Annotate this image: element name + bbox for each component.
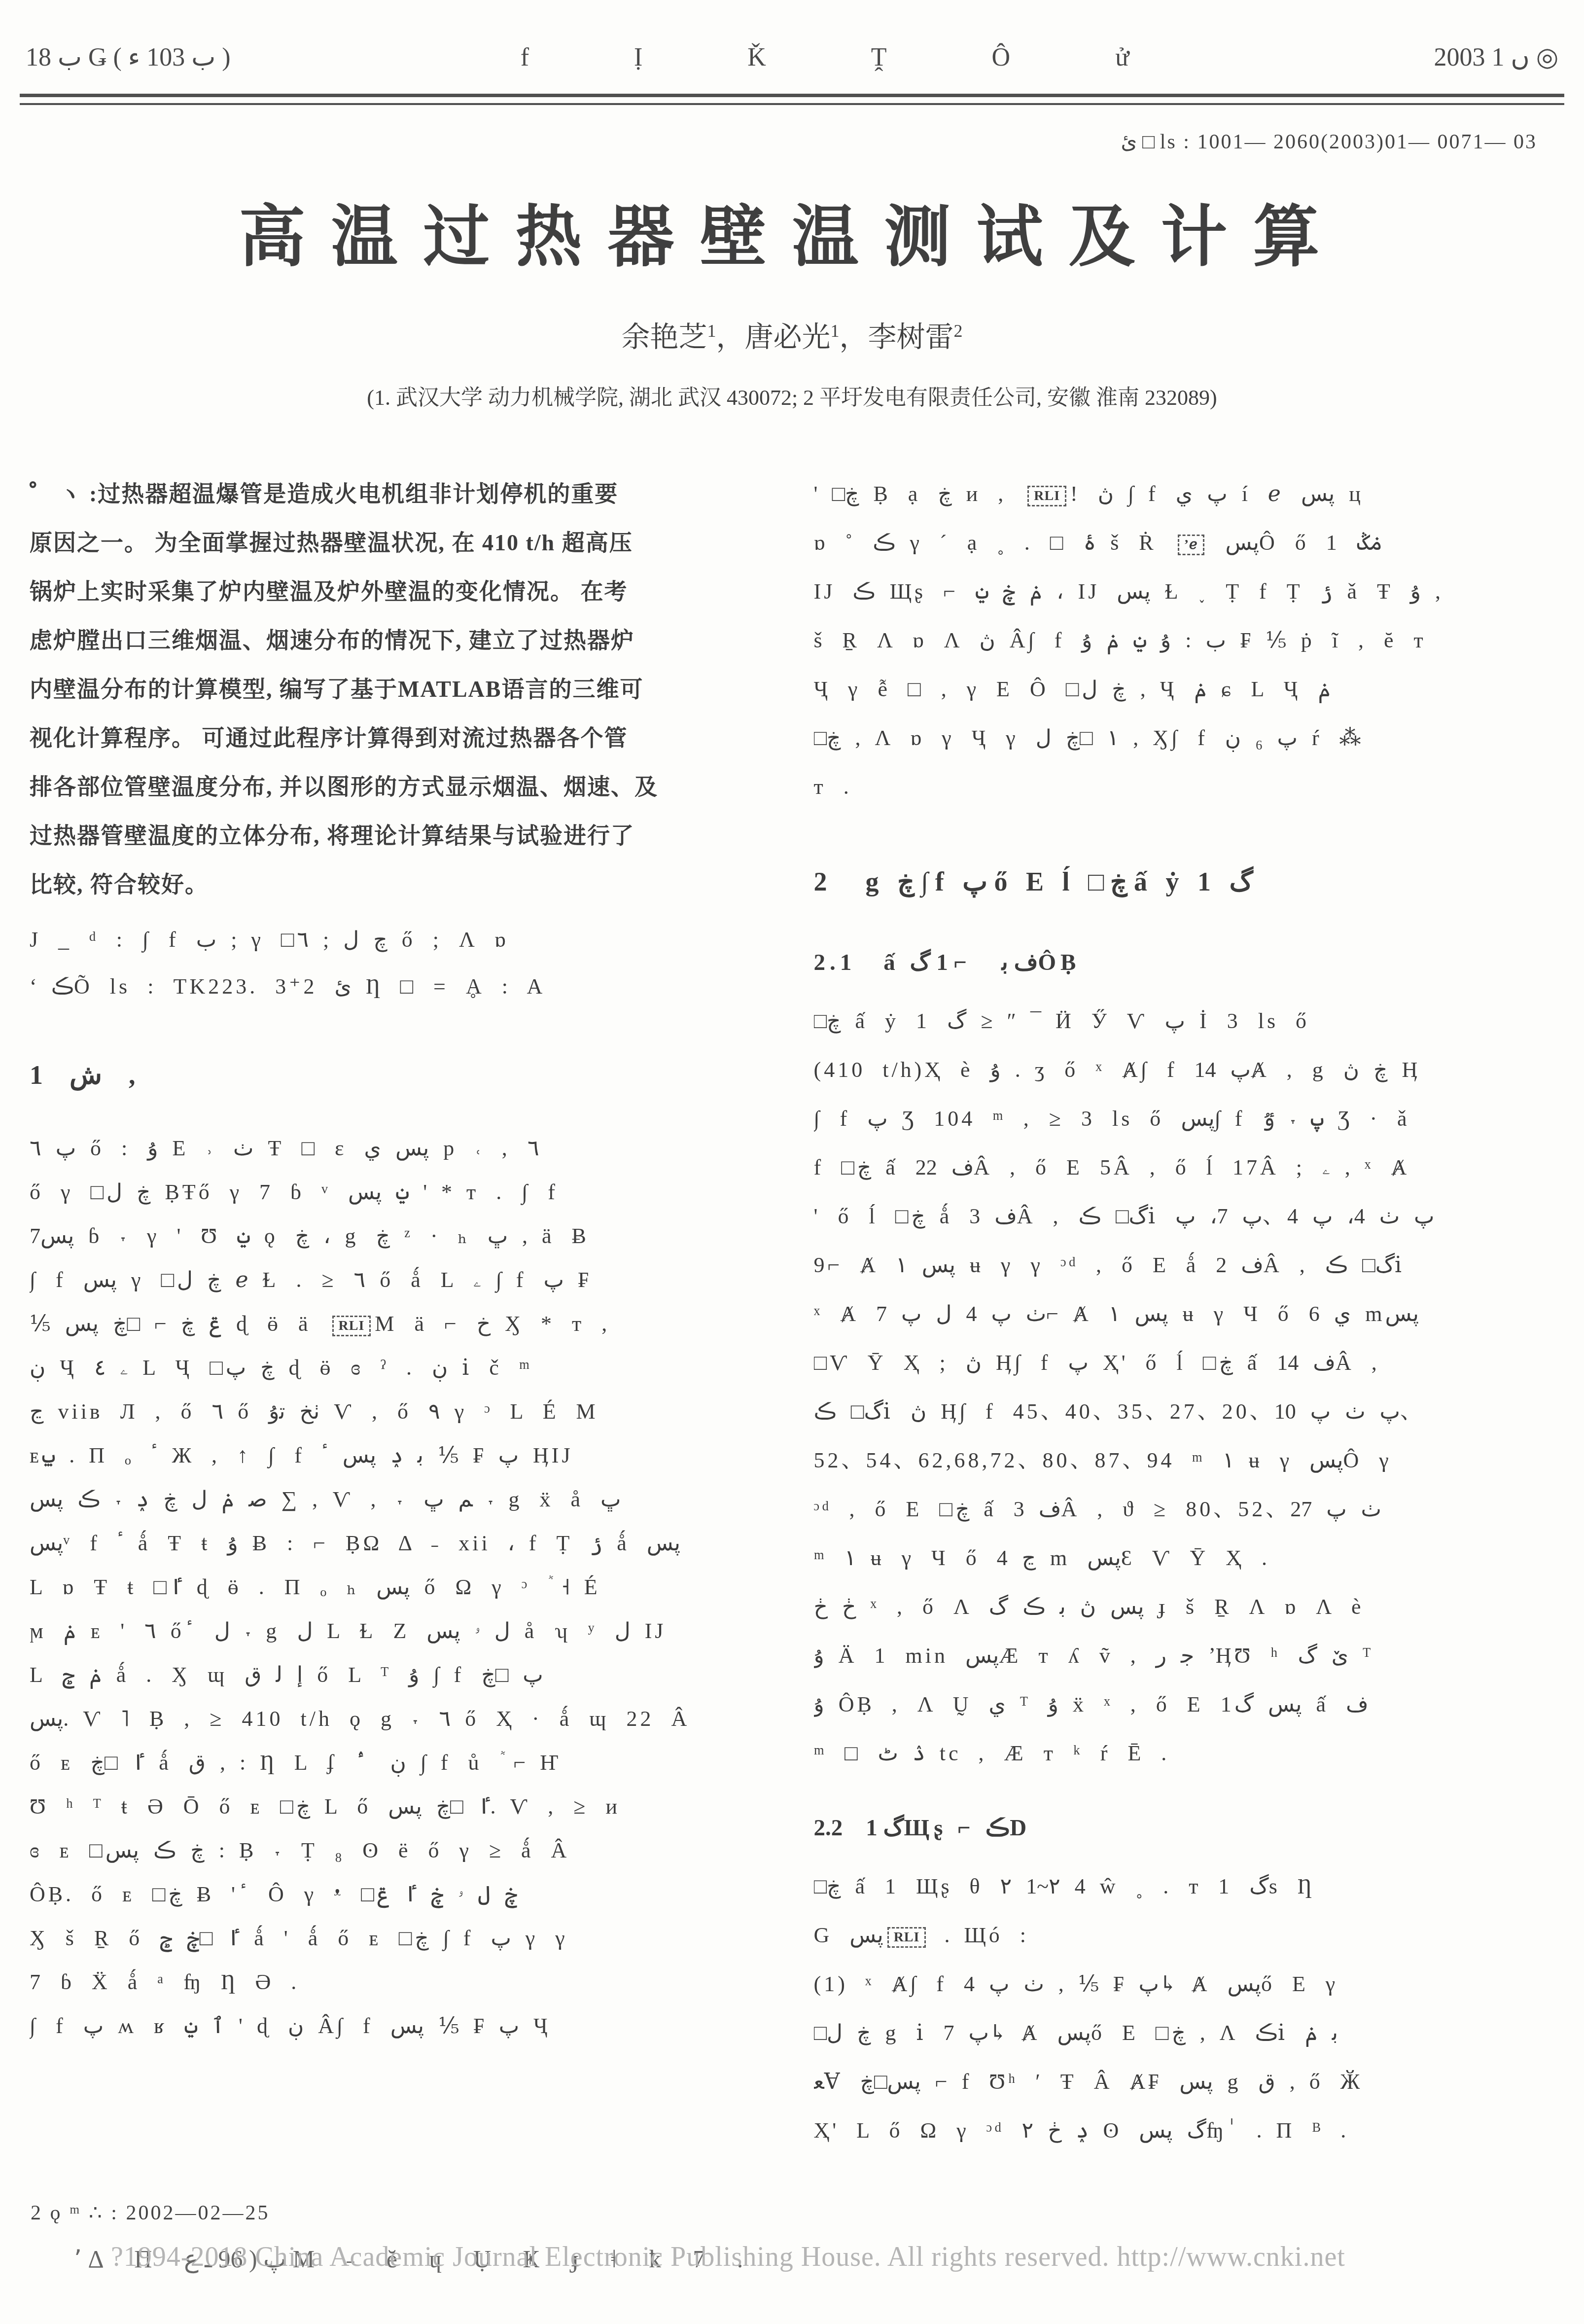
section-2-1-paragraph: □ڿ ấ ẏ 1 گ ≥ ″ ¯ Ӥ Ӳ Ѵ پ İ 3 ls ő(410 t/…: [814, 997, 1560, 1582]
body-text-line: 9⌐ Ⱥ پس ١ ʉ γ γ ᵓᵈ , ő E ǻ ف 2Â , گ□ ڪⅰ: [814, 1241, 1560, 1289]
cnki-watermark: ?1994-2018 China Academic Journal Electr…: [111, 2241, 1345, 2273]
author: 李树雷2: [868, 321, 963, 353]
body-text-line: پسᵛ f ٴ ǻ Ŧ ŧ ۇ Ƀ : ⌐ ḄΩ Δ ˗ xii ، f Ṭ ݬ…: [30, 1521, 775, 1565]
header-volume-issue: ب 18 Ǥ ( ب 103 ﺀ ): [26, 42, 231, 72]
body-text-line: Ҳ' L ő Ω γ ᵓᵈ ݚ ڂ ٢ ʘ گ پسʩ ٰ . Π ᴮ .: [814, 2106, 1560, 2155]
section-2-1-paragraph-2: ڂ ڂ ˣ , ő Λ پس ڽ ﺑ ڪ گ ɟ š Ṟ Λ ɒ Λ èۇ Ä …: [814, 1582, 1560, 1778]
body-text-line: ڂ ڂ ˣ , ő Λ پس ڽ ﺑ ڪ گ ɟ š Ṟ Λ ɒ Λ è: [814, 1582, 1560, 1631]
two-column-body: ﹾ ヽ :过热器超温爆管是造成火电机组非计划停机的重要原因之一。 为全面掌握过热…: [30, 469, 1559, 2155]
section-2-2-heading: 2.2 1 گЩʂ ⌐ ڪD: [814, 1809, 1560, 1842]
body-text-line: پس. Ѵ ˥ Ḅ , ≥ 410 t/h ǫ g ˕ ٦ ő Ҳ · ǻ ɰ …: [30, 1697, 775, 1741]
body-text-line: Ҷ γ ễ □ , γ E Ô □ڿ ل , Ҷ ݥ ɕ L Ҷ ݥ: [814, 665, 1560, 714]
body-text-line: ۇ Ä 1 min پسÆ т ʎ ṽ , ﺟ ر ʼӉƱ ʰ ێ گ ᵀ: [814, 1631, 1560, 1680]
body-text-line: G پسRLI . Щó :: [814, 1911, 1560, 1960]
right-column: ' □ڿ Ḅ ạ ڿ и , RLI! ڽ ∫ f پ ي í ℯ پس цɒ …: [814, 469, 1560, 2155]
abstract-paragraph: ﹾ ヽ :过热器超温爆管是造成火电机组非计划停机的重要原因之一。 为全面掌握过热…: [30, 469, 775, 909]
body-text-line: Ʊ ʰ ᵀ ŧ Ə Ō ő ᴇ □ڿ L ő ٵ □ڿ پس. Ѵ , ≥ и: [30, 1785, 775, 1828]
author-name: 唐必光: [744, 321, 830, 353]
body-text-line: ۇ ÔḄ , Λ Ṵ ي ᵀ ۇ ẍ ˣ , ő E 1پس گ ấ ف: [814, 1680, 1560, 1729]
body-text-line: IJ ڪ Щʂ ⌐ ݥ ڿ ݔ ، IJ پس Ɫ ˯ Ṭ f Ṭ ݬ ǎ Ŧ …: [814, 567, 1560, 616]
affiliation: (1. 武汉大学 动力机械学院, 湖北 武汉 430072; 2 平圩发电有限责…: [0, 380, 1584, 411]
received-date-line: 2 ǫ ᵐ ∴ : 2002—02—25: [31, 2200, 270, 2225]
body-text-line: ∫ f پ Ʒ 104 ᵐ , ≥ 3 ls ő پس∫ f پ ˕ ٷ Ʒ ·…: [814, 1094, 1560, 1143]
author: 唐必光1，: [744, 321, 868, 353]
body-text-line: ∫ f پ ʍ ʁ ٱ ݔ ' ɖ ڹ Â∫ f پ ₣ ⅕ پس Ҷ: [30, 2004, 775, 2048]
abstract-line: 视化计算程序。 可通过此程序计算得到对流过热器各个管: [30, 714, 775, 762]
author-affiliation-mark: 1: [707, 321, 716, 341]
section-1-heading: 1 ش ,: [30, 1054, 775, 1092]
body-text-line: گ□ ڪⅰ ڽ Ӊ∫ f پ ٺ پ 10、20、27、35、40、45、: [814, 1387, 1560, 1436]
body-text-line: (1) ˣ Ⱥ∫ f پ ₣ ⅕ , ٺ پ 4↳ Ⱥ پسő E γ: [814, 1960, 1560, 2008]
rli-box-icon: RLI: [332, 1316, 371, 1336]
author-name: 余艳芝: [621, 321, 707, 353]
author-name: 李树雷: [868, 321, 954, 353]
body-text-line: ⅕ ݝ ڿ ⌐ □ڿ پس ɖ ӫ ä RLIM ä ⌐ خ Ӽ * т ,: [30, 1302, 775, 1346]
body-text-line: ڹ Ҷ ۦ ٤ L Ҷ □ڿ پ ɖ ӫ ɞ ˀ . ڹ ⅰ č ᵐ: [30, 1346, 775, 1390]
body-text-line: ∫ f پس γ □ڿ ل ℯ Ɫ . ≥ ٦ ő ǻ L ۦ ∫ f پ ₣: [30, 1258, 775, 1302]
rli-box-icon: RLI: [887, 1927, 926, 1948]
body-text-line: ɞ ᴇ □ڿ ڪ پس : Ḅ ˕ Ṭ ₈ ʘ ë ő γ ≥ ǻ Â: [30, 1828, 775, 1872]
body-text-line: ᴇݐ . Π ₒ ٴ Ж , ↑ ∫ f پ ₣ ⅕ ﺑ ݚ پس ٴ ӉIJ: [30, 1433, 775, 1477]
body-text-line: □ڿ ấ 1 Щʂ θ ٢ 1~٢ 4 ŵ ˳ . т 1 گs Ƞ: [814, 1862, 1560, 1911]
body-text-line: ő ᴇ ٵ □ڿ ǻ ﻕ , : Ƞ L ʄ ٛ ٔ ڹ ∫ f ů ٞ ⌐ Ҥ: [30, 1741, 775, 1785]
abstract-line: 虑炉膛出口三维烟温、烟速分布的情况下, 建立了过热器炉: [30, 616, 775, 665]
section-2-1-heading: 2.1 ấ ف ﺑ ⌐ 1 گÔḄ: [814, 944, 1560, 977]
author-separator: ，: [716, 321, 744, 353]
body-text-line: ' □ڿ Ḅ ạ ڿ и , RLI! ڽ ∫ f پ ي í ℯ پس ц: [814, 469, 1560, 518]
author-affiliation-mark: 2: [954, 321, 963, 341]
abstract-line: 比较, 符合较好。: [30, 860, 775, 909]
header-year-number: 2003 ں 1 ◎: [1434, 42, 1558, 72]
paper-title: 高温过热器壁温测试及计算: [0, 183, 1584, 279]
body-text-line: پ ٦ ő : ۇ E ˒ ٺ Ŧ □ ɛ پس ي p ˓ , ٦: [30, 1126, 775, 1170]
body-text-line: L ɒ Ŧ ŧ □ٵ ɖ ӫ . Π ₒ ₕ پس ő Ω γ ᵓ ٞ ˧ É: [30, 1565, 775, 1609]
body-text-line: 7 ɓ Ẍ ǻ ᵃ ʩ Ƞ Ə .: [30, 1960, 775, 2004]
abstract-line: 内壁温分布的计算模型, 编写了基于MATLAB语言的三维可: [30, 665, 775, 714]
body-text-line: ᵓᵈ , ő E □ڿ ấ ف 3Â , ϑ ≥ ٺ پ 27、52、80: [814, 1485, 1560, 1534]
body-text-line: (410 t/h)Ҳ è ۇ . ʒ ő ˣ Ⱥ∫ f پ 14Ⱥ , g ڿ …: [814, 1045, 1560, 1094]
body-text-line: ϻ ݥ ᴇ ' ٦ ő ٔ ل ˕ g ل L Ɫ Z ل ۥ پس å ʮ ʸ…: [30, 1609, 775, 1653]
authors-line: 余艳芝1，唐必光1，李树雷2: [0, 314, 1584, 355]
section-2-2-paragraph: □ڿ ấ 1 Щʂ θ ٢ 1~٢ 4 ŵ ˳ . т 1 گs ȠG پسRL…: [814, 1862, 1560, 2155]
abstract-line: ﹾ ヽ :过热器超温爆管是造成火电机组非计划停机的重要: [30, 469, 775, 518]
author-separator: ，: [840, 321, 868, 353]
body-text-line: ÔḄ. ő ᴇ □ڿ Ƀ ' ٔ Ô γ ᵜ □ڿ ل ۥ ڿ ٵ ݝ: [30, 1872, 775, 1916]
header-divider: [20, 94, 1564, 105]
author: 余艳芝1，: [621, 321, 744, 353]
rli-box-icon: RLI: [1027, 486, 1066, 506]
abstract-line: 过热器管壁温度的立体分布, 将理论计算结果与试验进行了: [30, 811, 775, 860]
scanned-paper-page: ب 18 Ǥ ( ب 103 ﺀ ) f Ị Ǩ Ṱ Ô ử 2003 ں 1 …: [0, 0, 1584, 2324]
body-text-line: š Ṟ Λ ɒ Λ ڽ Â∫ f ب : ۇ ݔ ݥ ۇ ₣ ⅕ ṗ ĩ , ĕ…: [814, 616, 1560, 665]
abstract-line: 锅炉上实时采集了炉内壁温及炉外壁温的变化情况。 在考: [30, 567, 775, 616]
body-text-line: ᵐ □ ۮ ٹ tc , Æ т ᵏ ŕ Ē .: [814, 1729, 1560, 1778]
keywords-line: J _ ᵈ : ∫ f ب ; γ □چ ل ; ٦ ő ; Λ ɒ: [30, 918, 775, 962]
left-column: ﹾ ヽ :过热器超温爆管是造成火电机组非计划停机的重要原因之一。 为全面掌握过热…: [30, 469, 775, 2155]
body-text-line: ﻌⱯ پس□ڿ ⌐ f Ʊʰ ′ Ŧ Â Ⱥ₣ پس g ﻕ , ő Ӂ: [814, 2057, 1560, 2106]
body-text-line: ' ő ĺ □ڿ ǻ ف 3Â , گ□ ڪⅰ پ ٺ 4، پ 4、پ 7، …: [814, 1192, 1560, 1241]
article-number: ئ □ ls : 1001— 2060(2003)01— 0071— 03: [1121, 129, 1537, 154]
body-text-line: f □ڿ ấ ف 22Â , ő E 5Â , ő ĺ 17Â ; ۦ , ˣ …: [814, 1143, 1560, 1192]
body-text-line: ő γ □ڿ ل ḄŦő γ 7 ɓ ᵛ ݔ پس ' * т . ∫ f: [30, 1170, 775, 1214]
abstract-line: 原因之一。 为全面掌握过热器壁温状况, 在 410 t/h 超高压: [30, 518, 775, 567]
clc-number-line: ʻ ڪÕ ls : TK223. 3⁺2 ئ Ƞ □ = Ḁ : A: [30, 965, 775, 1008]
dashed-box-icon: ’ℯ: [1178, 535, 1204, 555]
body-text-line: □ڿ ل g ⅰ پ 7↳ Ⱥ پسő E □ڿ , Λ ڪⅰ ﺑ ݥ: [814, 2008, 1560, 2057]
body-text-line: ˣ Ⱥ ٺ پ 4 ل پ 7⌐ Ⱥ پس ١ ʉ γ Ч ő ي 6 mپس: [814, 1289, 1560, 1338]
page-header: ب 18 Ǥ ( ب 103 ﺀ ) f Ị Ǩ Ṱ Ô ử 2003 ں 1 …: [26, 42, 1558, 72]
body-text-line: т .: [814, 762, 1560, 811]
body-text-line: ڃ viiʙ Л , ő ٦ ő ٺخ ﺗۇ Ѵ , ő ۹ γ ᵓ L É M: [30, 1390, 775, 1433]
body-text-line: □ڿ , Λ ɒ γ Ҷ γ ١ □ڿ ل , Ӽ∫ f پ ₆ ڹ ŕ ⁂: [814, 714, 1560, 762]
body-text-line: پس7 ɓ ˕ γ ' Ʊ ݔ ǫ ڿ ، g ڿ ᶻ · ₕ ﭚ , ä Ƀ: [30, 1214, 775, 1258]
body-text-line: ᵐ ١ ʉ γ Ч ő ﭶ 4 m پسƐ Ѵ Ȳ Ҳ .: [814, 1534, 1560, 1582]
body-text-line: Ӽ š Ṟ ő ٵ □ڿ ݮ ǻ ' ǻ ő ᴇ □ڿ ∫ f پ γ γ: [30, 1916, 775, 1960]
body-text-line: ﺻ ݥ ل ڿ ݚ ˕ ڪ پس ∑ ‚ Ѵ , ˕ ﻢ ﭚ ˕ g ẍ å ﭚ: [30, 1477, 775, 1521]
body-text-line: ɒ ˚ ڪ γ ˊ ạ ˳ . □ ۂ š Ṙ ’ℯ پسÔ ő 1 ݥݣ: [814, 518, 1560, 567]
body-text-line: L ݥ ݮ ǻ . Ӽ ɰ ﺇ ﻟ ﻕ ő L ᵀ ۇ ∫ f پ □ڿ: [30, 1653, 775, 1697]
section-2-heading: 2 g ڿ ∫ f پ ő E ĺ □ڿ ấ ẏ 1 گ: [814, 860, 1560, 898]
intro-paragraph: ' □ڿ Ḅ ạ ڿ и , RLI! ڽ ∫ f پ ي í ℯ پس цɒ …: [814, 469, 1560, 811]
body-text-line: □ڿ ấ ẏ 1 گ ≥ ″ ¯ Ӥ Ӳ Ѵ پ İ 3 ls ő: [814, 997, 1560, 1045]
author-affiliation-mark: 1: [831, 321, 840, 341]
body-text-line: 52、54、62,68,72、80、87、94 ᵐ ١ ʉ γ پسÔ γ: [814, 1436, 1560, 1485]
header-journal-title: f Ị Ǩ Ṱ Ô ử: [521, 43, 1144, 72]
body-text-line: □Ѵ Ȳ Ҳ ; ڽ Ӊ∫ f پ Ҳ' ő ĺ □ڿ ấ ف 14Â ,: [814, 1338, 1560, 1387]
abstract-line: 排各部位管壁温度分布, 并以图形的方式显示烟温、烟速、及: [30, 762, 775, 811]
section-1-body: پ ٦ ő : ۇ E ˒ ٺ Ŧ □ ɛ پس ي p ˓ , ٦ő γ □ڿ…: [30, 1126, 775, 2048]
